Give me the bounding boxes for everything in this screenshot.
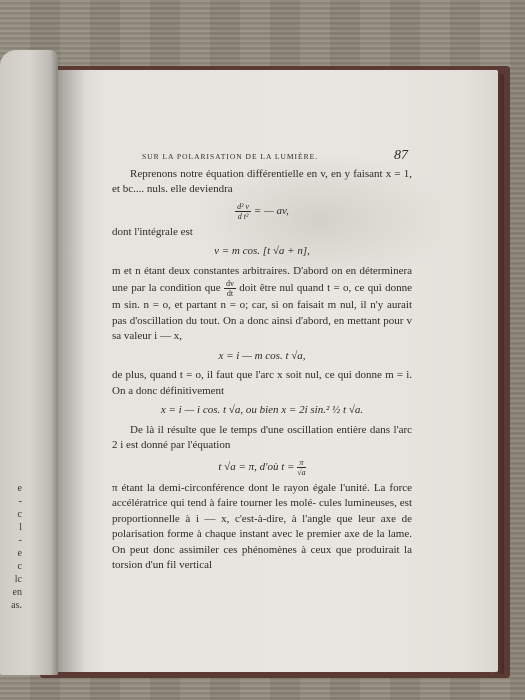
page-text: SUR LA POLARISATION DE LA LUMIÈRE. 87 Re… [112,148,412,574]
fragment: - [0,495,22,508]
paragraph-3: m et n étant deux constantes arbitraires… [112,264,412,345]
fraction: d² v d t² [235,202,251,221]
fragment: c [0,560,22,573]
text-line: i — x, [154,330,182,342]
fragment: en [0,586,22,599]
fragment: - [0,534,22,547]
equation-5: t √a = π, d'où t = π √a [112,458,412,477]
text-line: Reprenons notre équation différentielle … [130,168,383,180]
equation-1: d² v d t² = — av, [112,202,412,221]
equation-3: x = i — m cos. t √a, [112,349,412,365]
fragment: lc [0,573,22,586]
fragment: as. [0,599,22,612]
paragraph-5: De là il résulte que le temps d'une osci… [112,423,412,454]
page-header: SUR LA POLARISATION DE LA LUMIÈRE. 87 [112,148,412,165]
left-page-text-fragments: e - c l - e c lc en as. [0,482,22,612]
numerator: d² v [235,202,251,212]
text-line: m et n étant deux constantes arbitraires… [112,265,356,277]
text-line: π étant la demi-circonférence dont le ra… [112,482,370,494]
fragment: c [0,508,22,521]
fragment: e [0,547,22,560]
denominator: √a [297,468,305,477]
paragraph-4: de plus, quand t = o, il faut que l'arc … [112,368,412,399]
denominator: dt [224,289,236,298]
equation-2: v = m cos. [t √a + n], [112,244,412,260]
text-line: doit être nul [239,282,293,294]
text-line: dont l'intégrale est [112,226,193,238]
fragment: e [0,482,22,495]
fragment: l [0,521,22,534]
fraction: π √a [297,458,305,477]
equation-4: x = i — i cos. t √a, ou bien x = 2i sin.… [112,403,412,419]
equation-text: = — av, [254,205,289,217]
fraction: dv dt [224,279,236,298]
numerator: π [297,458,305,468]
running-head: SUR LA POLARISATION DE LA LUMIÈRE. [142,149,318,165]
paragraph-6: π étant la demi-circonférence dont le ra… [112,481,412,574]
paragraph-2: dont l'intégrale est [112,225,412,241]
page-number: 87 [394,148,408,164]
text-line: de plus, quand t = o, il faut que l'arc … [112,369,352,381]
denominator: d t² [235,212,251,221]
paragraph-1: Reprenons notre équation différentielle … [112,167,412,198]
equation-text: t √a = π, d'où t = [218,461,294,473]
numerator: dv [224,279,236,289]
text-line: De là il résulte que le temps d'une osci… [130,424,390,436]
